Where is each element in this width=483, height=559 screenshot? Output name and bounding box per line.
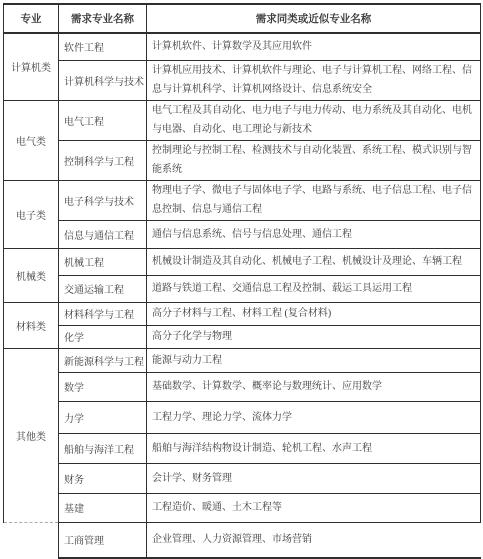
major-cell: 计算机科学与技术 [59,60,147,100]
category-cell: 其他类 [4,348,59,522]
similar-cell: 物理电子学、微电子与固体电子学、电路与系统、电子信息工程、电子信息控制、信息与通… [147,180,481,220]
category-cell: 机械类 [4,248,59,302]
similar-cell: 高分子材料与工程、材料工程 (复合材料) [147,302,481,325]
similar-cell: 船舶与海洋结构物设计制造、轮机工程、水声工程 [147,433,481,463]
similar-cell: 电气工程及其自动化、电力电子与电力传动、电力系统及其自动化、电机与电器、自动化、… [147,100,481,140]
table-row: 计算机科学与技术 计算机应用技术、计算机软件与理论、电子与计算机工程、网络工程、… [4,60,481,100]
major-cell: 软件工程 [59,33,147,60]
similar-cell: 计算机软件、计算数学及其应用软件 [147,33,481,60]
major-cell: 工商管理 [59,522,147,558]
similar-cell: 能源与动力工程 [147,348,481,372]
major-cell: 信息与通信工程 [59,220,147,248]
table-row: 数学 基础数学、计算数学、概率论与数理统计、应用数学 [4,372,481,401]
major-cell: 化学 [59,325,147,348]
major-cell: 机械工程 [59,248,147,275]
major-cell: 新能源科学与工程 [59,348,147,372]
table-row: 电气类 电气工程 电气工程及其自动化、电力电子与电力传动、电力系统及其自动化、电… [4,100,481,140]
major-cell: 电子科学与技术 [59,180,147,220]
table-row: 船舶与海洋工程 船舶与海洋结构物设计制造、轮机工程、水声工程 [4,433,481,463]
header-row: 专业 需求专业名称 需求同类或近似专业名称 [4,4,481,33]
similar-cell: 会计学、财务管理 [147,463,481,493]
category-cell: 电子类 [4,180,59,248]
similar-cell: 工程造价、暖通、土木工程等 [147,493,481,522]
similar-cell: 通信与信息系统、信号与信息处理、通信工程 [147,220,481,248]
category-continuation-cell [4,522,59,558]
table-row: 力学 工程力学、理论力学、流体力学 [4,401,481,433]
header-category: 专业 [4,4,59,33]
major-cell: 控制科学与工程 [59,140,147,180]
table-row: 工商管理 企业管理、人力资源管理、市场营销 [4,522,481,558]
similar-cell: 道路与铁道工程、交通信息工程及控制、载运工具运用工程 [147,275,481,302]
table-row: 控制科学与工程 控制理论与控制工程、检测技术与自动化装置、系统工程、模式识别与智… [4,140,481,180]
table-row: 其他类 新能源科学与工程 能源与动力工程 [4,348,481,372]
major-cell: 力学 [59,401,147,433]
similar-cell: 基础数学、计算数学、概率论与数理统计、应用数学 [147,372,481,401]
table-row: 机械类 机械工程 机械设计制造及其自动化、机械电子工程、机械设计及理论、车辆工程 [4,248,481,275]
table-row: 信息与通信工程 通信与信息系统、信号与信息处理、通信工程 [4,220,481,248]
similar-cell: 计算机应用技术、计算机软件与理论、电子与计算机工程、网络工程、信息与计算机科学、… [147,60,481,100]
header-major: 需求专业名称 [59,4,147,33]
major-cell: 数学 [59,372,147,401]
majors-table: 专业 需求专业名称 需求同类或近似专业名称 计算机类 软件工程 计算机软件、计算… [3,3,481,559]
similar-cell: 高分子化学与物理 [147,325,481,348]
table-row: 化学 高分子化学与物理 [4,325,481,348]
table-row: 基建 工程造价、暖通、土木工程等 [4,493,481,522]
category-cell: 材料类 [4,302,59,348]
category-cell: 计算机类 [4,33,59,100]
table-row: 材料类 材料科学与工程 高分子材料与工程、材料工程 (复合材料) [4,302,481,325]
major-cell: 交通运输工程 [59,275,147,302]
major-cell: 财务 [59,463,147,493]
major-cell: 电气工程 [59,100,147,140]
table-row: 交通运输工程 道路与铁道工程、交通信息工程及控制、载运工具运用工程 [4,275,481,302]
major-cell: 材料科学与工程 [59,302,147,325]
similar-cell: 机械设计制造及其自动化、机械电子工程、机械设计及理论、车辆工程 [147,248,481,275]
table-row: 电子类 电子科学与技术 物理电子学、微电子与固体电子学、电路与系统、电子信息工程… [4,180,481,220]
similar-cell: 控制理论与控制工程、检测技术与自动化装置、系统工程、模式识别与智能系统 [147,140,481,180]
table-row: 财务 会计学、财务管理 [4,463,481,493]
major-cell: 基建 [59,493,147,522]
header-similar: 需求同类或近似专业名称 [147,4,481,33]
similar-cell: 工程力学、理论力学、流体力学 [147,401,481,433]
category-cell: 电气类 [4,100,59,180]
table-row: 计算机类 软件工程 计算机软件、计算数学及其应用软件 [4,33,481,60]
similar-cell: 企业管理、人力资源管理、市场营销 [147,522,481,558]
major-cell: 船舶与海洋工程 [59,433,147,463]
